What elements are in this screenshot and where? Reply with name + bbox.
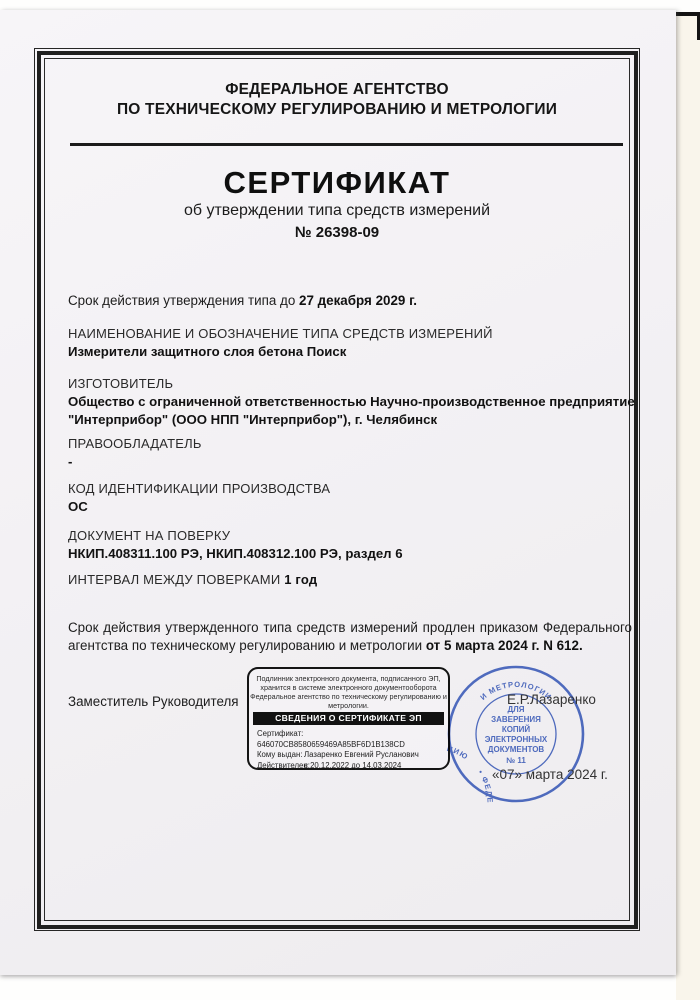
esignature-note-line2: хранится в системе электронного документ… <box>249 683 448 692</box>
extension-order-ref: от 5 марта 2024 г. N 612. <box>426 638 583 653</box>
section-manufacturer-value-line2: "Интерприбор" (ООО НПП "Интерприбор"), г… <box>68 412 437 427</box>
validity-text: Срок действия утверждения типа до <box>68 293 299 308</box>
signer-name: Е.Р.Лазаренко <box>507 692 596 707</box>
esignature-details: Сертификат:646070CB8580659469A85BF6D1B13… <box>249 725 448 771</box>
stamp-center-line3: КОПИЙ <box>502 725 531 734</box>
extension-paragraph: Срок действия утвержденного типа средств… <box>68 619 632 654</box>
verification-interval-label: ИНТЕРВАЛ МЕЖДУ ПОВЕРКАМИ <box>68 572 284 587</box>
scanned-certificate: ФЕДЕРАЛЬНОЕ АГЕНТСТВО ПО ТЕХНИЧЕСКОМУ РЕ… <box>0 0 700 1000</box>
stamp-center-line6: № 11 <box>506 756 526 765</box>
certificate-page: ФЕДЕРАЛЬНОЕ АГЕНТСТВО ПО ТЕХНИЧЕСКОМУ РЕ… <box>0 10 676 975</box>
certificate-subtitle: об утверждении типа средств измерений <box>34 202 640 220</box>
section-verification-doc-label: ДОКУМЕНТ НА ПОВЕРКУ <box>68 528 230 543</box>
validity-line: Срок действия утверждения типа до 27 дек… <box>68 293 417 308</box>
agency-name-line2: ПО ТЕХНИЧЕСКОМУ РЕГУЛИРОВАНИЮ И МЕТРОЛОГ… <box>34 101 640 119</box>
esignature-note: Подлинник электронного документа, подпис… <box>249 669 448 710</box>
section-manufacturer-value-line1: Общество с ограниченной ответственностью… <box>68 394 635 409</box>
section-manufacturer-label: ИЗГОТОВИТЕЛЬ <box>68 376 173 391</box>
agency-name-line1: ФЕДЕРАЛЬНОЕ АГЕНТСТВО <box>34 81 640 99</box>
section-name-label: НАИМЕНОВАНИЕ И ОБОЗНАЧЕНИЕ ТИПА СРЕДСТВ … <box>68 326 493 341</box>
stamp-center-line5: ДОКУМЕНТОВ <box>488 745 545 754</box>
esignature-note-line1: Подлинник электронного документа, подпис… <box>249 674 448 683</box>
section-production-code-label: КОД ИДЕНТИФИКАЦИИ ПРОИЗВОДСТВА <box>68 481 330 496</box>
esignature-certificate-label: Сертификат: <box>257 729 304 740</box>
round-blue-stamp: • ФЕДЕРАЛЬНОЕ АГЕНТСТВО ПО ТЕХНИЧЕСКОМУ … <box>446 664 586 804</box>
certificate-title: СЕРТИФИКАТ <box>34 165 640 201</box>
section-name-value: Измерители защитного слоя бетона Поиск <box>68 344 346 359</box>
esignature-issued-to-label: Кому выдан: <box>257 750 304 761</box>
esignature-certificate-value: 646070CB8580659469A85BF6D1B138CD <box>257 740 405 749</box>
section-verification-doc-value: НКИП.408311.100 РЭ, НКИП.408312.100 РЭ, … <box>68 546 403 561</box>
verification-interval-line: ИНТЕРВАЛ МЕЖДУ ПОВЕРКАМИ 1 год <box>68 572 317 587</box>
section-rightsholder-value: - <box>68 454 72 469</box>
stamp-center-line2: ЗАВЕРЕНИЯ <box>491 715 541 724</box>
esignature-info-box: Подлинник электронного документа, подпис… <box>247 667 450 770</box>
esignature-valid-value: с 20.12.2022 до 14.03.2024 <box>304 761 401 770</box>
esignature-issued-to-value: Лазаренко Евгений Русланович <box>304 750 419 759</box>
header-divider-rule <box>70 143 623 146</box>
certificate-number: № 26398-09 <box>34 224 640 241</box>
esignature-note-line3: Федеральное агентство по техническому ре… <box>249 692 448 701</box>
esignature-row-certificate: Сертификат:646070CB8580659469A85BF6D1B13… <box>257 729 448 750</box>
signer-role: Заместитель Руководителя <box>68 694 239 709</box>
section-rightsholder-label: ПРАВООБЛАДАТЕЛЬ <box>68 436 202 451</box>
section-production-code-value: ОС <box>68 499 88 514</box>
esignature-row-valid: Действителен:с 20.12.2022 до 14.03.2024 <box>257 761 448 772</box>
esignature-valid-label: Действителен: <box>257 761 304 772</box>
signing-date: «07» марта 2024 г. <box>492 767 608 782</box>
verification-interval-value: 1 год <box>284 572 317 587</box>
stamp-center-line4: ЭЛЕКТРОННЫХ <box>485 735 548 744</box>
validity-date: 27 декабря 2029 г. <box>299 293 417 308</box>
esignature-row-issued-to: Кому выдан:Лазаренко Евгений Русланович <box>257 750 448 761</box>
scanner-background-strip <box>676 13 700 1000</box>
esignature-note-line4: метрологии. <box>249 701 448 710</box>
esignature-band-title: СВЕДЕНИЯ О СЕРТИФИКАТЕ ЭП <box>253 712 444 725</box>
